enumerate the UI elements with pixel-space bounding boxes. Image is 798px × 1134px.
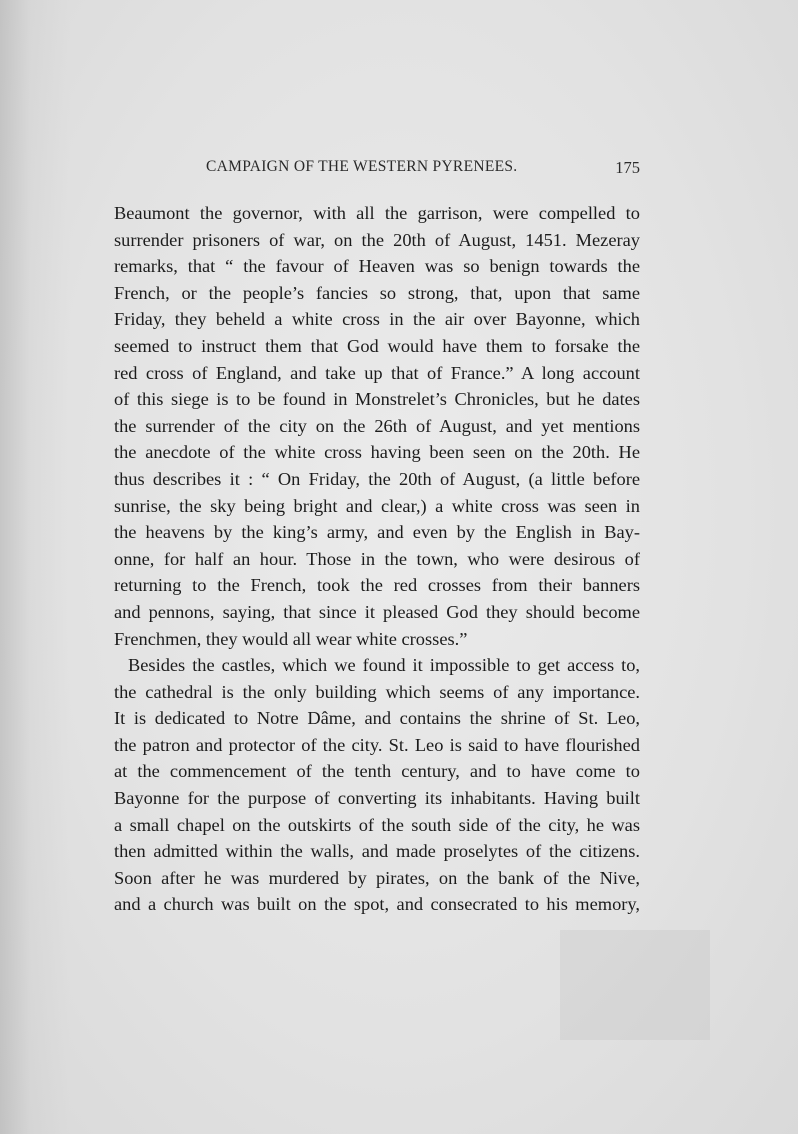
text-line: onne, for half an hour. Those in the tow…	[114, 546, 640, 573]
text-line: the surrender of the city on the 26th of…	[114, 413, 640, 440]
running-header: CAMPAIGN OF THE WESTERN PYRENEES. 175	[120, 158, 640, 180]
text-line: remarks, that “ the favour of Heaven was…	[114, 253, 640, 280]
text-line: Frenchmen, they would all wear white cro…	[114, 626, 640, 653]
text-line: Beaumont the governor, with all the garr…	[114, 200, 640, 227]
text-line: at the commencement of the tenth century…	[114, 758, 640, 785]
text-line: returning to the French, took the red cr…	[114, 572, 640, 599]
page-number: 175	[615, 158, 640, 178]
text-line: French, or the people’s fancies so stron…	[114, 280, 640, 307]
text-line: thus describes it : “ On Friday, the 20t…	[114, 466, 640, 493]
text-line: It is dedicated to Notre Dâme, and conta…	[114, 705, 640, 732]
text-line: then admitted within the walls, and made…	[114, 838, 640, 865]
text-line: Friday, they beheld a white cross in the…	[114, 306, 640, 333]
text-line: seemed to instruct them that God would h…	[114, 333, 640, 360]
paragraph-1: Beaumont the governor, with all the garr…	[114, 200, 640, 652]
paper-stain	[560, 930, 710, 1040]
text-line: sunrise, the sky being bright and clear,…	[114, 493, 640, 520]
text-line: the heavens by the king’s army, and even…	[114, 519, 640, 546]
text-line: Besides the castles, which we found it i…	[114, 652, 640, 679]
text-line: the patron and protector of the city. St…	[114, 732, 640, 759]
text-line: a small chapel on the outskirts of the s…	[114, 812, 640, 839]
text-line: of this siege is to be found in Monstrel…	[114, 386, 640, 413]
book-page: CAMPAIGN OF THE WESTERN PYRENEES. 175 Be…	[0, 0, 798, 1134]
text-line: Bayonne for the purpose of converting it…	[114, 785, 640, 812]
text-line: and pennons, saying, that since it pleas…	[114, 599, 640, 626]
text-line: red cross of England, and take up that o…	[114, 360, 640, 387]
text-line: the anecdote of the white cross having b…	[114, 439, 640, 466]
paragraph-2: Besides the castles, which we found it i…	[114, 652, 640, 918]
body-text: Beaumont the governor, with all the garr…	[114, 200, 640, 918]
text-line: Soon after he was murdered by pirates, o…	[114, 865, 640, 892]
text-line: and a church was built on the spot, and …	[114, 891, 640, 918]
text-line: the cathedral is the only building which…	[114, 679, 640, 706]
running-title: CAMPAIGN OF THE WESTERN PYRENEES.	[206, 158, 517, 176]
text-line: surrender prisoners of war, on the 20th …	[114, 227, 640, 254]
